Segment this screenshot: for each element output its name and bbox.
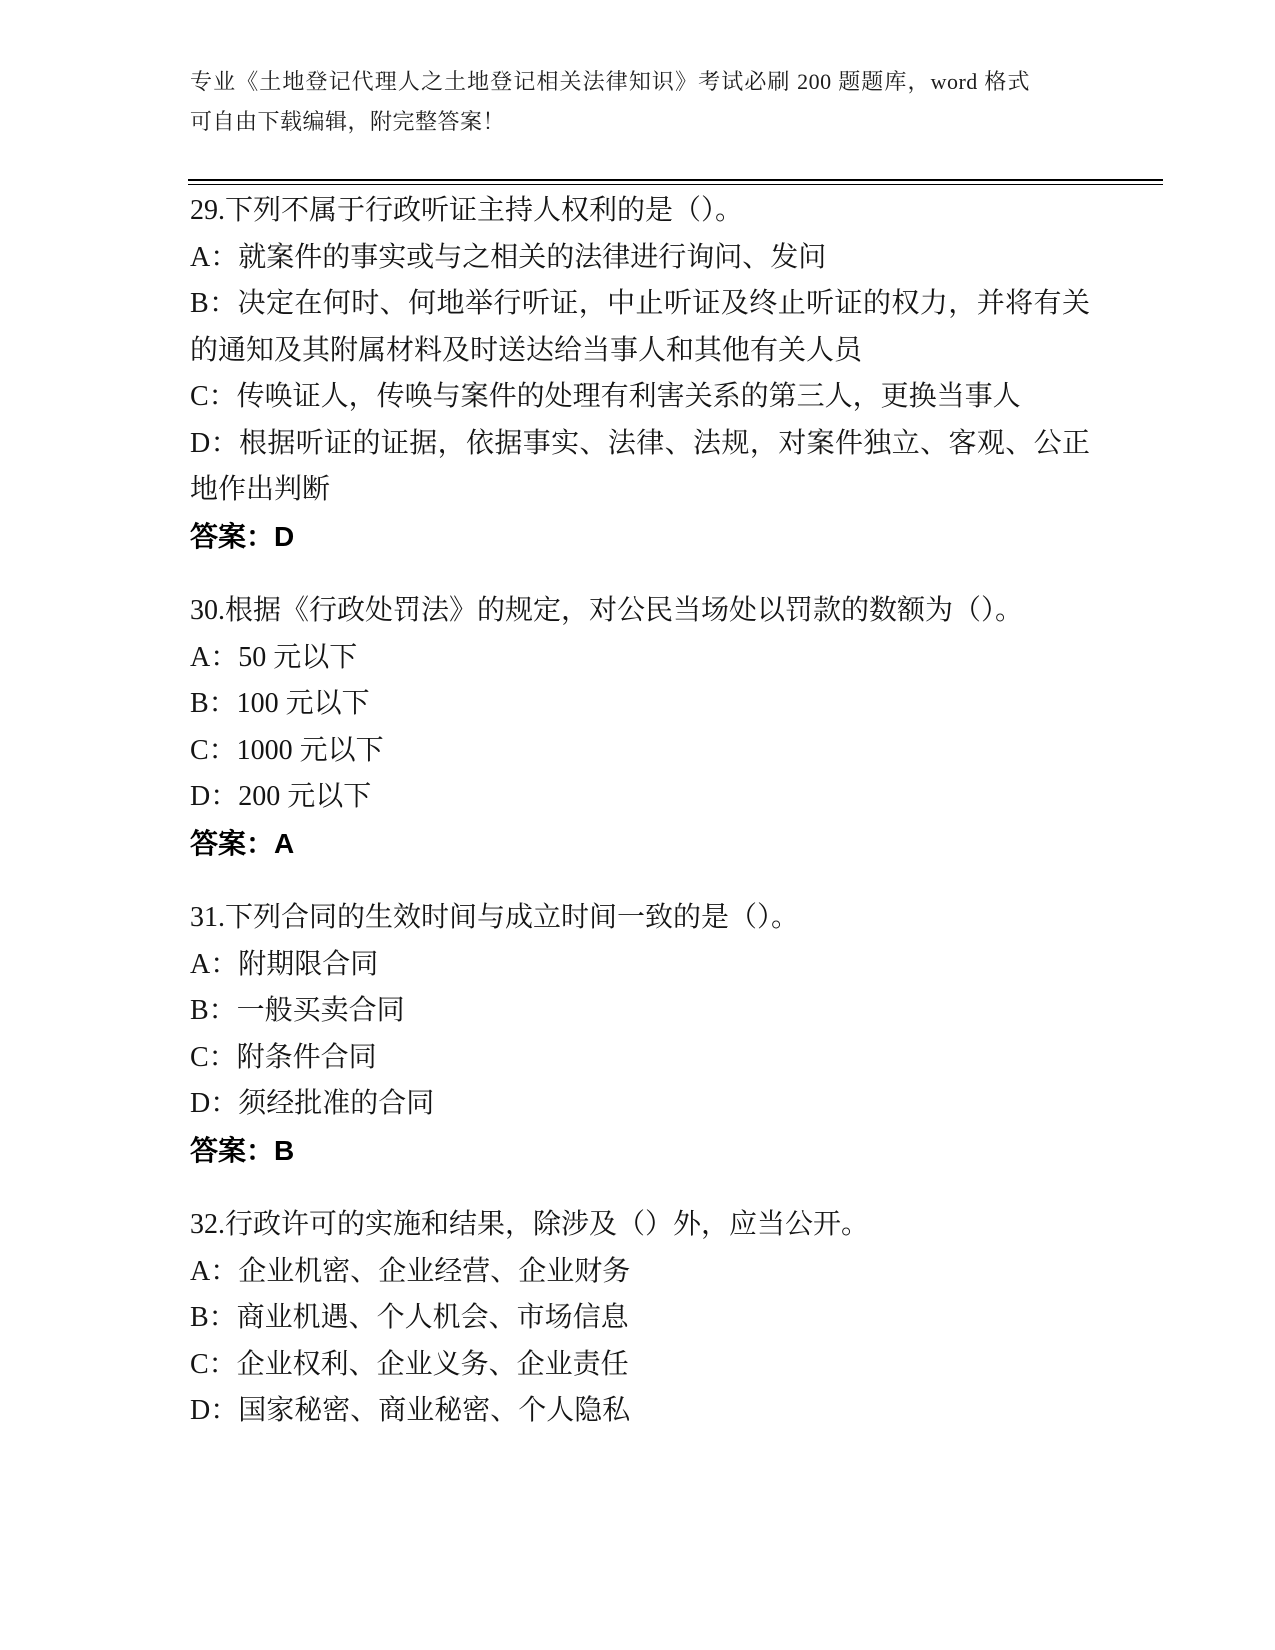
document-body: 29.下列不属于行政听证主持人权利的是（）。 A：就案件的事实或与之相关的法律进…: [190, 188, 1090, 1463]
question-block-32: 32.行政许可的实施和结果，除涉及（）外，应当公开。 A：企业机密、企业经营、企…: [190, 1202, 1090, 1435]
option-a: A：附期限合同: [190, 942, 1090, 989]
option-a: A：50 元以下: [190, 635, 1090, 682]
question-stem: 29.下列不属于行政听证主持人权利的是（）。: [190, 188, 1090, 235]
question-stem: 30.根据《行政处罚法》的规定，对公民当场处以罚款的数额为（）。: [190, 588, 1090, 635]
document-header-text: 专业《土地登记代理人之土地登记相关法律知识》考试必刷 200 题题库，word …: [190, 62, 1030, 142]
question-stem: 31.下列合同的生效时间与成立时间一致的是（）。: [190, 895, 1090, 942]
option-b: B：100 元以下: [190, 681, 1090, 728]
question-block-31: 31.下列合同的生效时间与成立时间一致的是（）。 A：附期限合同 B：一般买卖合…: [190, 895, 1090, 1174]
answer-line: 答案：D: [190, 514, 1090, 561]
option-c: C：附条件合同: [190, 1035, 1090, 1082]
option-a: A：就案件的事实或与之相关的法律进行询问、发问: [190, 235, 1090, 282]
option-b: B：决定在何时、何地举行听证，中止听证及终止听证的权力，并将有关的通知及其附属材…: [190, 281, 1090, 374]
option-c: C：传唤证人，传唤与案件的处理有利害关系的第三人，更换当事人: [190, 374, 1090, 421]
option-a: A：企业机密、企业经营、企业财务: [190, 1249, 1090, 1296]
option-c: C：企业权利、企业义务、企业责任: [190, 1342, 1090, 1389]
question-block-30: 30.根据《行政处罚法》的规定，对公民当场处以罚款的数额为（）。 A：50 元以…: [190, 588, 1090, 867]
option-d: D：须经批准的合同: [190, 1081, 1090, 1128]
header-divider-rule: [188, 179, 1163, 185]
question-block-29: 29.下列不属于行政听证主持人权利的是（）。 A：就案件的事实或与之相关的法律进…: [190, 188, 1090, 560]
option-d: D：200 元以下: [190, 774, 1090, 821]
option-d: D：国家秘密、商业秘密、个人隐私: [190, 1388, 1090, 1435]
option-b: B：一般买卖合同: [190, 988, 1090, 1035]
option-c: C：1000 元以下: [190, 728, 1090, 775]
question-stem: 32.行政许可的实施和结果，除涉及（）外，应当公开。: [190, 1202, 1090, 1249]
answer-line: 答案：A: [190, 821, 1090, 868]
option-b: B：商业机遇、个人机会、市场信息: [190, 1295, 1090, 1342]
answer-line: 答案：B: [190, 1128, 1090, 1175]
option-d: D：根据听证的证据，依据事实、法律、法规，对案件独立、客观、公正地作出判断: [190, 421, 1090, 514]
document-page: 专业《土地登记代理人之土地登记相关法律知识》考试必刷 200 题题库，word …: [0, 0, 1275, 1650]
